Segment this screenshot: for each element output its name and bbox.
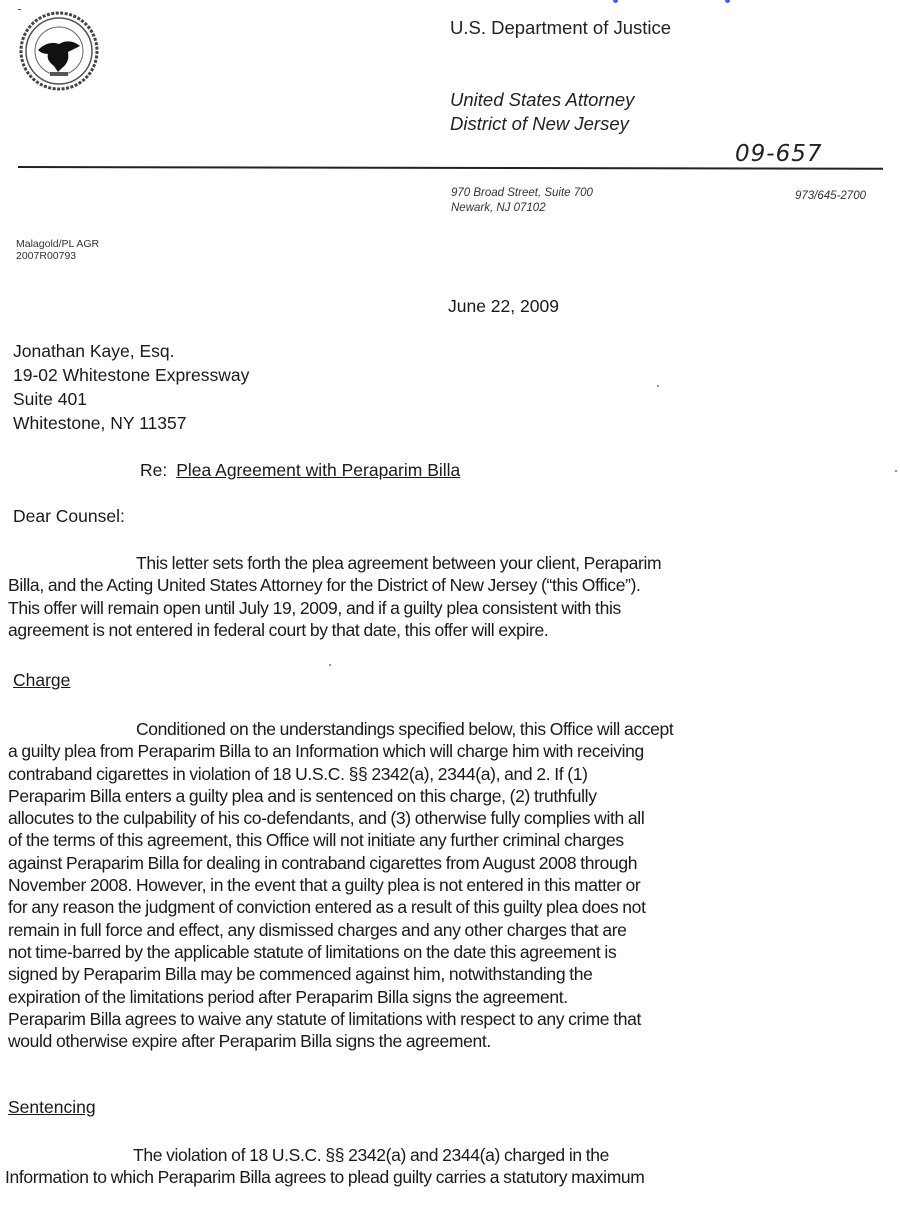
- paragraph-line: Peraparim Billa agrees to waive any stat…: [8, 1008, 888, 1030]
- paragraph-line: agreement is not entered in federal cour…: [8, 619, 888, 641]
- paragraph-line: This offer will remain open until July 1…: [8, 597, 888, 619]
- paragraph-line: a guilty plea from Peraparim Billa to an…: [8, 740, 888, 762]
- office-line-1: United States Attorney: [450, 88, 634, 112]
- scan-artifact: [18, 9, 21, 10]
- paragraph-line: against Peraparim Billa for dealing in c…: [8, 852, 888, 874]
- paragraph-line: November 2008. However, in the event tha…: [8, 874, 888, 896]
- doj-seal-icon: [18, 10, 100, 92]
- section-heading-sentencing: Sentencing: [8, 1097, 96, 1118]
- letter-date: June 22, 2009: [448, 296, 559, 317]
- paragraph-line: of the terms of this agreement, this Off…: [8, 829, 888, 851]
- paragraph-line: This letter sets forth the plea agreemen…: [8, 552, 888, 574]
- file-reference: Malagold/PL AGR 2007R00793: [16, 238, 99, 262]
- recipient-address: Jonathan Kaye, Esq. 19-02 Whitestone Exp…: [13, 339, 249, 435]
- blue-marker-dot: [725, 0, 730, 3]
- blue-marker-dot: [613, 0, 618, 3]
- department-name: U.S. Department of Justice: [450, 17, 671, 39]
- subject-label: Re:: [140, 460, 167, 480]
- office-line-2: District of New Jersey: [450, 112, 634, 136]
- reference-line-1: Malagold/PL AGR: [16, 238, 99, 250]
- paragraph-line: allocutes to the culpability of his co-d…: [8, 807, 888, 829]
- scan-speck: [329, 664, 331, 666]
- paragraph-line: for any reason the judgment of convictio…: [8, 896, 888, 918]
- paragraph-line: Billa, and the Acting United States Atto…: [8, 574, 888, 596]
- recipient-suite: Suite 401: [13, 387, 249, 411]
- charge-paragraph: Conditioned on the understandings specif…: [8, 718, 888, 1052]
- recipient-street: 19-02 Whitestone Expressway: [13, 363, 249, 387]
- intro-paragraph: This letter sets forth the plea agreemen…: [8, 552, 888, 641]
- subject-text: Plea Agreement with Peraparim Billa: [176, 460, 460, 480]
- address-line-2: Newark, NJ 07102: [451, 201, 593, 216]
- paragraph-line: Conditioned on the understandings specif…: [8, 718, 888, 740]
- paragraph-line: Peraparim Billa enters a guilty plea and…: [8, 785, 888, 807]
- paragraph-line: would otherwise expire after Peraparim B…: [8, 1030, 888, 1052]
- handwritten-document-number: 09-657: [735, 141, 822, 167]
- paragraph-line: contraband cigarettes in violation of 18…: [8, 763, 888, 785]
- section-heading-charge: Charge: [13, 670, 70, 691]
- paragraph-line: not time-barred by the applicable statut…: [8, 941, 888, 963]
- paragraph-line: signed by Peraparim Billa may be commenc…: [8, 963, 888, 985]
- office-name: United States Attorney District of New J…: [450, 88, 634, 136]
- paragraph-line: remain in full force and effect, any dis…: [8, 919, 888, 941]
- letterhead-divider: [18, 166, 883, 170]
- scan-speck: [657, 385, 659, 387]
- sentencing-paragraph: The violation of 18 U.S.C. §§ 2342(a) an…: [5, 1144, 885, 1189]
- salutation: Dear Counsel:: [13, 506, 125, 527]
- office-phone: 973/645-2700: [795, 190, 866, 202]
- recipient-city: Whitestone, NY 11357: [13, 411, 249, 435]
- paragraph-line: Information to which Peraparim Billa agr…: [5, 1166, 885, 1188]
- office-address: 970 Broad Street, Suite 700 Newark, NJ 0…: [451, 186, 593, 216]
- paragraph-line: The violation of 18 U.S.C. §§ 2342(a) an…: [5, 1144, 885, 1166]
- scan-speck: [895, 470, 897, 472]
- reference-line-2: 2007R00793: [16, 250, 99, 262]
- paragraph-line: expiration of the limitations period aft…: [8, 986, 888, 1008]
- subject-line: Re:Plea Agreement with Peraparim Billa: [140, 460, 460, 481]
- address-line-1: 970 Broad Street, Suite 700: [451, 186, 593, 201]
- recipient-name: Jonathan Kaye, Esq.: [13, 339, 249, 363]
